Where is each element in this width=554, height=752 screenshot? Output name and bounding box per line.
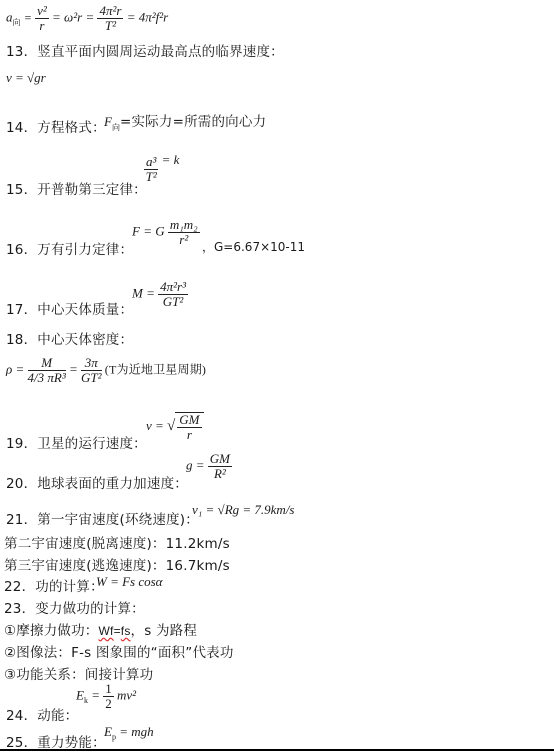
- numerator: GM: [177, 413, 201, 428]
- denominator: 4/3 πR³: [28, 371, 66, 385]
- item-25-formula: Ep = mgh: [104, 724, 154, 742]
- formula-text: =实际力=所需的向心力: [120, 114, 266, 130]
- numerator: 3π: [81, 356, 102, 371]
- denominator: r: [177, 428, 201, 442]
- item-18-label: 18．中心天体密度：: [6, 328, 133, 348]
- item-21-formula: v₁ = √Rg = 7.9km/s: [192, 502, 295, 518]
- denominator: T²: [97, 19, 123, 33]
- formula-subscript: 向: [112, 123, 120, 132]
- centripetal-acceleration-formula: a向 = v²r = ω²r = 4π²rT² = 4π²f²r: [6, 4, 168, 33]
- formula-subscript: p: [112, 733, 116, 742]
- item-16-formula: F = G m₁m₂r²: [132, 218, 200, 247]
- denominator: r: [35, 19, 49, 33]
- item-24-label: 24．动能：: [6, 704, 78, 724]
- item-15-formula: a³T² = k: [144, 152, 179, 184]
- formula-subscript: 向: [13, 18, 21, 27]
- item-23-1: ①摩擦力做功：Wf=fs，s 为路程: [4, 619, 197, 639]
- item-25-label: 25．重力势能：: [6, 731, 106, 751]
- density-note: (T为近地卫星周期): [105, 362, 206, 376]
- item-22-label: 22．功的计算：: [4, 575, 104, 595]
- formula-segment: mv²: [117, 687, 136, 702]
- formula-segment: = ω²r =: [52, 9, 94, 24]
- fraction: 4π²r³GT²: [158, 280, 188, 309]
- fraction: a³T²: [144, 155, 158, 184]
- numerator: m₁m₂: [168, 218, 200, 233]
- denominator: GT²: [158, 295, 188, 309]
- item-22-formula: W = Fs cosα: [96, 574, 163, 590]
- item-19-formula: v = √GMr: [146, 412, 204, 442]
- item-18-formula: ρ = M4/3 πR³ = 3πGT² (T为近地卫星周期): [6, 356, 206, 385]
- fraction: m₁m₂r²: [168, 218, 200, 247]
- equals-sign: =: [24, 10, 32, 24]
- numerator: 4π²r: [97, 4, 123, 19]
- formula-segment: = 4π²f²r: [127, 9, 169, 24]
- numerator: 1: [103, 682, 114, 697]
- denominator: GT²: [81, 371, 102, 385]
- equals-sign: =: [69, 361, 78, 376]
- numerator: a³: [144, 155, 158, 170]
- item-21-label: 21．第一宇宙速度(环绕速度)：: [6, 508, 199, 528]
- item-17-label: 17．中心天体质量：: [6, 298, 133, 318]
- fraction: v²r: [35, 4, 49, 33]
- numerator: 4π²r³: [158, 280, 188, 295]
- bottom-border: [0, 749, 554, 751]
- formula-symbol: F: [104, 114, 112, 129]
- sqrt-icon: √: [167, 418, 175, 434]
- formula-symbol: E: [104, 724, 112, 739]
- numerator: M: [28, 356, 66, 371]
- formula-segment: v =: [146, 418, 164, 433]
- denominator: 2: [103, 697, 114, 711]
- formula-symbol: E: [76, 687, 84, 702]
- formula-segment: = k: [162, 152, 180, 167]
- item-14-formula: F向=实际力=所需的向心力: [104, 110, 266, 133]
- formula-segment: M =: [132, 285, 155, 300]
- item-17-formula: M = 4π²r³GT²: [132, 280, 188, 309]
- item-15-label: 15．开普勒第三定律：: [6, 178, 147, 198]
- numerator: v²: [35, 4, 49, 19]
- fraction: 12: [103, 682, 114, 711]
- gravitational-constant-note: ，G=6.67×10-11: [202, 238, 305, 255]
- item-24-formula: Ek = 12 mv²: [76, 682, 136, 711]
- item-text: ，s 为路程: [131, 623, 198, 639]
- item-23-3: ③功能关系：间接计算功: [4, 663, 153, 683]
- item-19-label: 19．卫星的运行速度：: [6, 432, 147, 452]
- formula-segment: F = G: [132, 223, 165, 238]
- equals-sign: =: [91, 687, 100, 702]
- item-20-formula: g = GMR²: [186, 452, 232, 481]
- formula-segment: ρ =: [6, 361, 24, 376]
- item-23-2: ②图像法：F-s 图象围的“面积”代表功: [4, 641, 234, 661]
- third-cosmic-velocity: 第三宇宙速度(逃逸速度)：16.7km/s: [4, 554, 230, 574]
- item-13-formula: v = √gr: [6, 70, 46, 86]
- fraction: M4/3 πR³: [28, 356, 66, 385]
- fraction: GMr: [175, 412, 203, 442]
- item-text: ①摩擦力做功：: [4, 623, 99, 639]
- formula-segment: = mgh: [119, 724, 153, 739]
- numerator: GM: [208, 452, 232, 467]
- spellcheck-word: Wf: [99, 624, 114, 638]
- spellcheck-word: fs: [121, 624, 131, 638]
- second-cosmic-velocity: 第二宇宙速度(脱离速度)：11.2km/s: [4, 532, 230, 552]
- item-16-label: 16．万有引力定律：: [6, 238, 133, 258]
- item-14-label: 14．方程格式：: [6, 116, 106, 136]
- denominator: T²: [144, 170, 158, 184]
- fraction: GMR²: [208, 452, 232, 481]
- denominator: r²: [168, 233, 200, 247]
- item-13-label: 13．竖直平面内圆周运动最高点的临界速度：: [6, 40, 284, 60]
- fraction: 4π²rT²: [97, 4, 123, 33]
- fraction: 3πGT²: [81, 356, 102, 385]
- item-text: =: [114, 624, 121, 638]
- item-23-label: 23．变力做功的计算：: [4, 597, 145, 617]
- formula-subscript: k: [84, 696, 88, 705]
- formula-segment: g =: [186, 457, 205, 472]
- item-20-label: 20．地球表面的重力加速度：: [6, 472, 188, 492]
- denominator: R²: [208, 467, 232, 481]
